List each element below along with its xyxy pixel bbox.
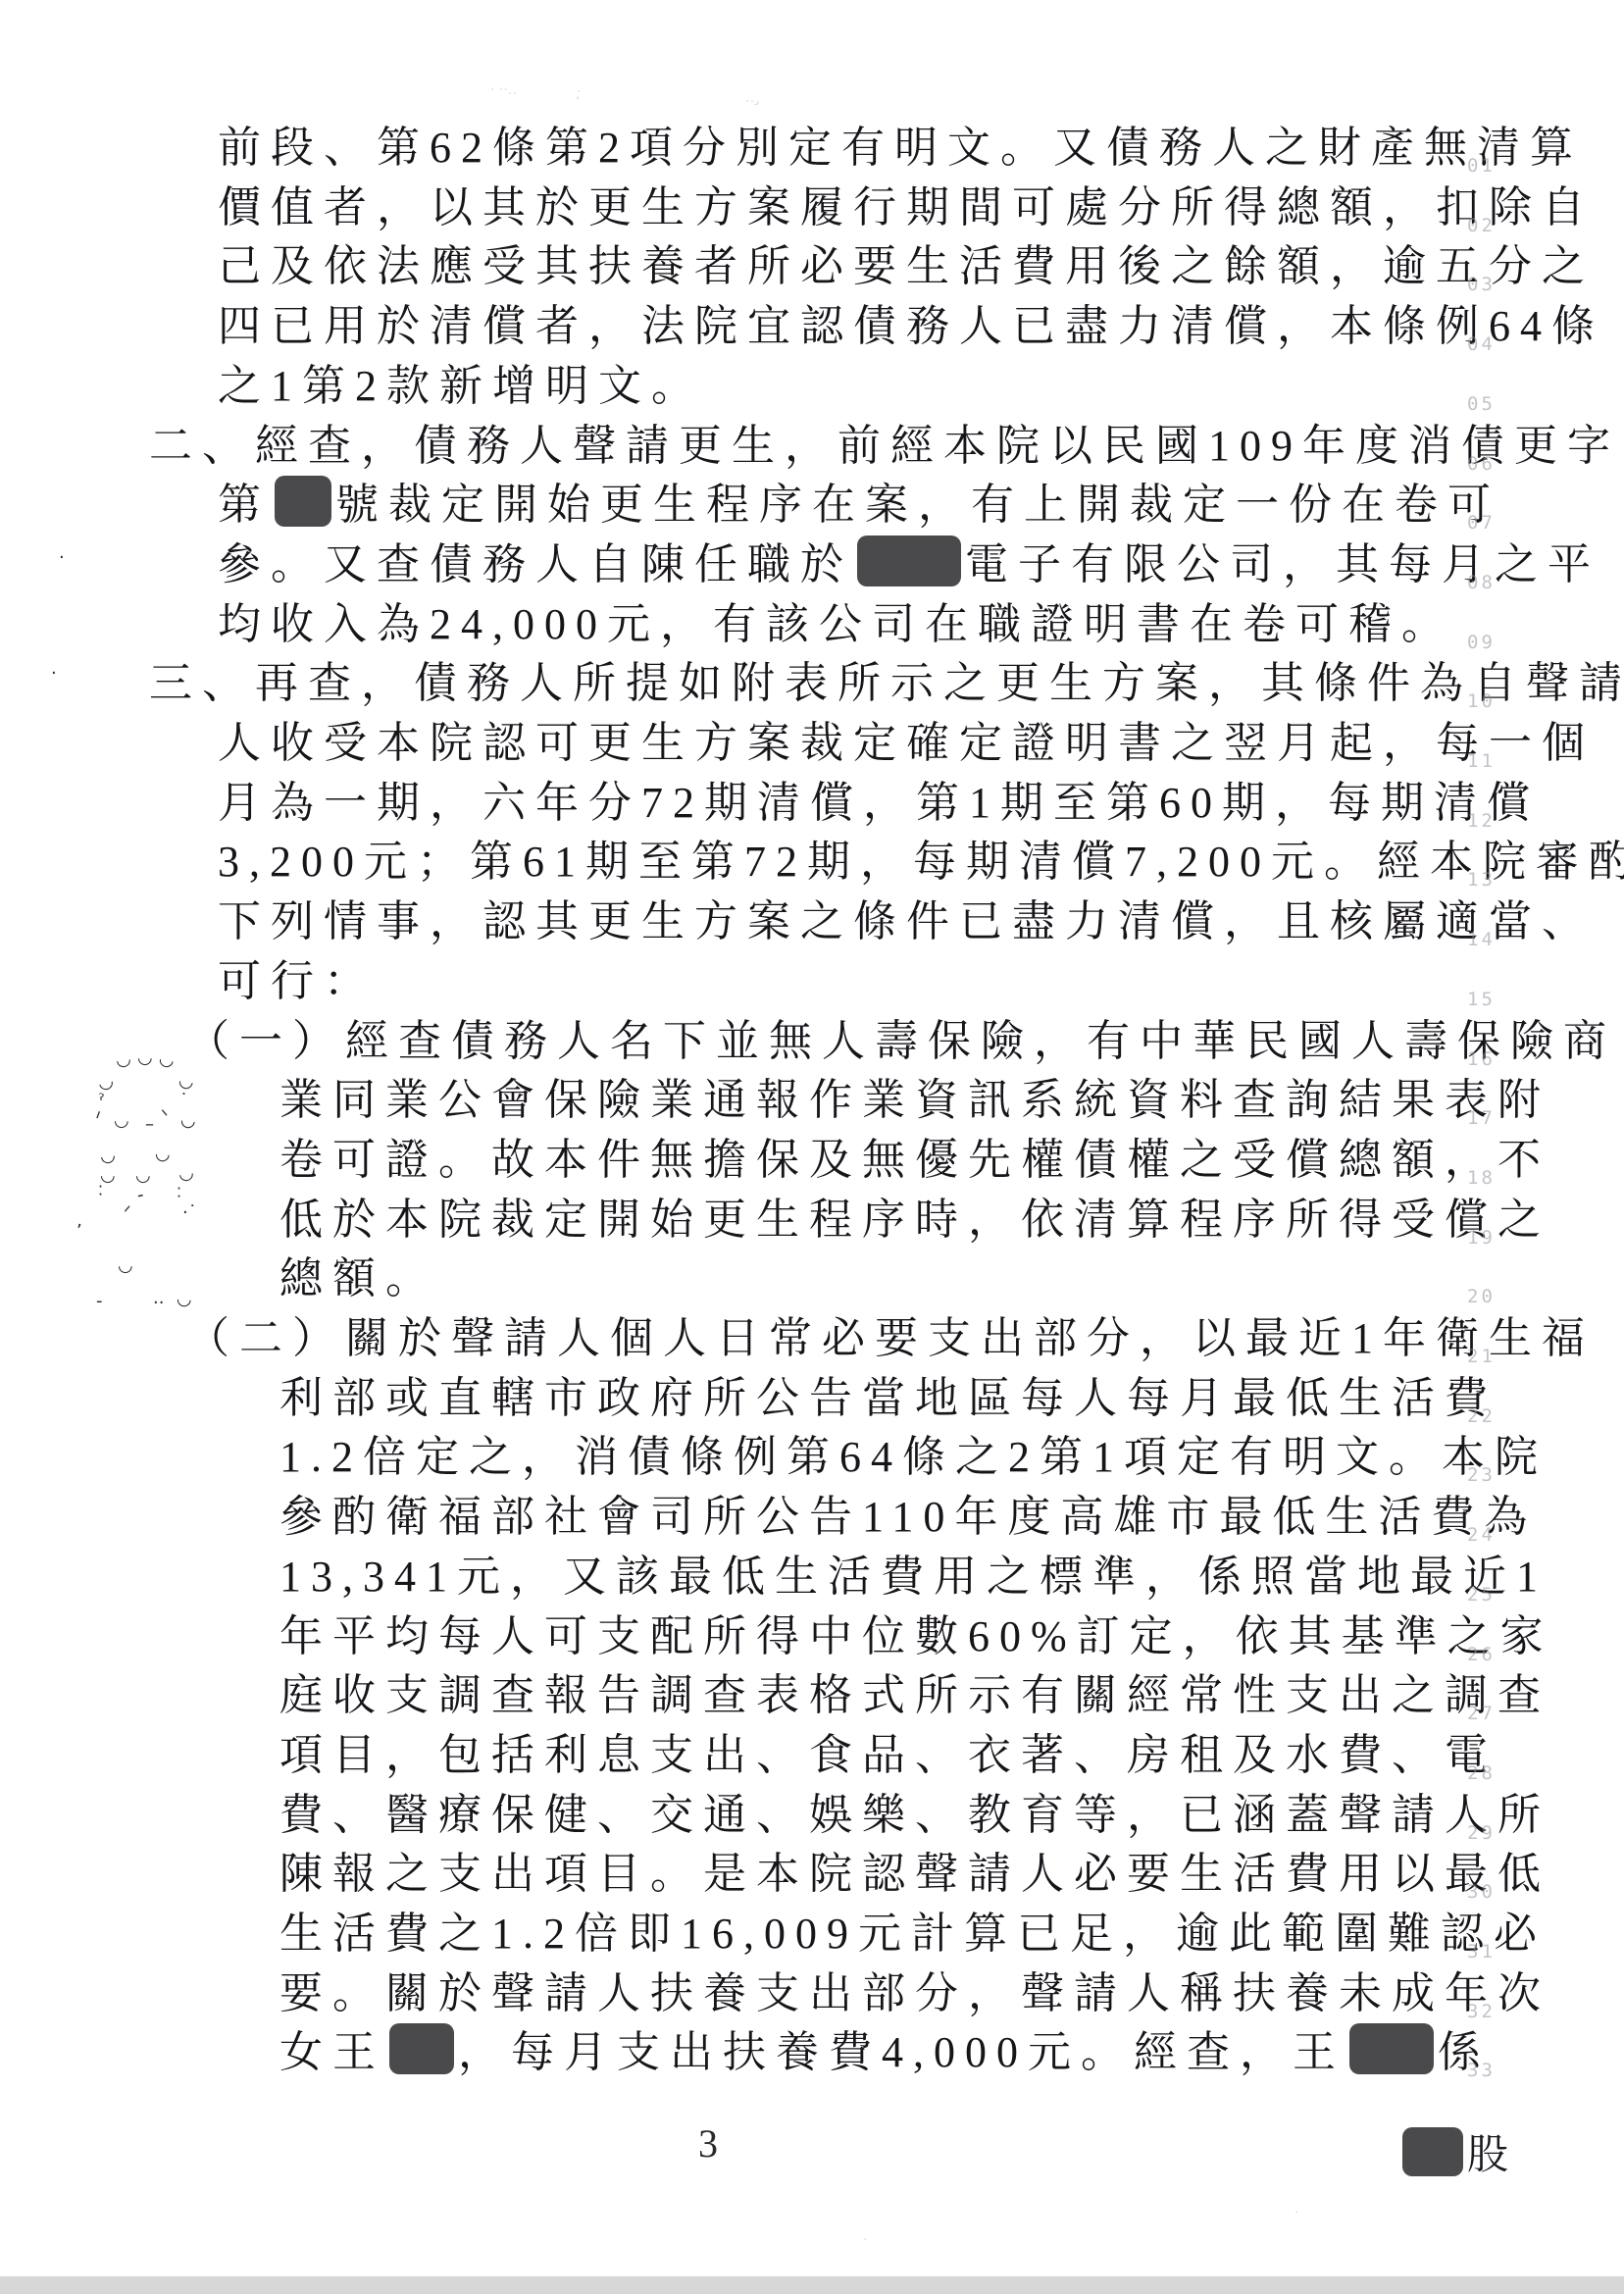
line-number: 24 [1467, 1524, 1514, 1546]
line-number: 13 [1467, 869, 1514, 891]
text-line: 13,341元，又該最低生活費用之標準，係照當地最近1 [279, 1547, 1548, 1606]
text-segment: 參。又查債務人自陳任職於 [218, 540, 853, 588]
line-number: 10 [1467, 690, 1514, 712]
line-number: 18 [1467, 1167, 1514, 1189]
scan-smudge: · [1294, 2205, 1298, 2220]
redaction-box [857, 535, 961, 586]
line-number: 23 [1467, 1464, 1514, 1486]
text-segment: 利部或直轄市政府所公告當地區每人每月最低生活費 [279, 1374, 1497, 1422]
text-line: 陳報之支出項目。是本院認聲請人必要生活費用以最低 [279, 1844, 1550, 1904]
handwritten-mark: · [59, 549, 65, 567]
text-segment: 價值者，以其於更生方案履行期間可處分所得總額，扣除自 [218, 183, 1595, 231]
text-line: 卷可證。故本件無擔保及無優先權債權之受償總額，不 [279, 1130, 1550, 1190]
line-number: 28 [1467, 1762, 1514, 1784]
line-number: 16 [1467, 1048, 1514, 1070]
text-segment: 第 [218, 481, 271, 529]
handwritten-mark: – [145, 1116, 154, 1134]
text-segment: （一）經查債務人名下並無人壽保險，有中華民國人壽保險商 [186, 1017, 1616, 1065]
handwritten-mark: ◡ [118, 1257, 133, 1275]
line-number: 05 [1467, 393, 1514, 415]
scan-smudge: · [863, 2232, 867, 2248]
line-number: 15 [1467, 989, 1514, 1010]
handwritten-mark: ᐠ [161, 1108, 169, 1126]
line-number: 06 [1467, 453, 1514, 475]
line-number: 20 [1467, 1286, 1514, 1307]
text-segment: 女王 [279, 2028, 385, 2076]
scanned-court-document-page: 前段、第62條第2項分別定有明文。又債務人之財產無清算價值者，以其於更生方案履行… [0, 0, 1624, 2294]
text-line: 第號裁定開始更生程序在案，有上開裁定一份在卷可 [218, 475, 1500, 535]
line-number: 30 [1467, 1881, 1514, 1903]
text-segment: 前段、第62條第2項分別定有明文。又債務人之財產無清算 [218, 124, 1583, 172]
line-number: 33 [1467, 2060, 1514, 2081]
text-line: 低於本院裁定開始更生程序時，依清算程序所得受償之 [279, 1190, 1550, 1249]
text-segment: 業同業公會保險業通報作業資訊系統資料查詢結果表附 [279, 1076, 1550, 1124]
handwritten-mark: ◡ [158, 1050, 177, 1070]
text-segment: 低於本院裁定開始更生程序時，依清算程序所得受償之 [279, 1196, 1550, 1244]
handwritten-mark: ᐟ [93, 1109, 106, 1129]
text-segment: 13,341元，又該最低生活費用之標準，係照當地最近1 [279, 1553, 1548, 1601]
text-segment: 之1第2款新增明文。 [218, 362, 704, 410]
scan-smudge: ‥ ̡ [745, 90, 759, 106]
text-segment: 可行： [218, 957, 377, 1005]
line-number: 31 [1467, 1941, 1514, 1963]
text-line: 均收入為24,000元，有該公司在職證明書在卷可稽。 [218, 594, 1454, 654]
line-number: 09 [1467, 632, 1514, 653]
line-number: 17 [1467, 1107, 1514, 1129]
text-segment: 四已用於清償者，法院宜認債務人已盡力清償，本條例64條 [218, 302, 1604, 350]
text-segment: 二、經查，債務人聲請更生，前經本院以民國109年度消債更字 [149, 422, 1620, 470]
handwritten-mark: ◡ [137, 1049, 153, 1067]
scan-smudge: · ··‥ [490, 82, 517, 98]
text-line: 總額。 [279, 1249, 438, 1308]
line-number: 25 [1467, 1584, 1514, 1606]
text-segment: 人收受本院認可更生方案裁定確定證明書之翌月起，每一個 [218, 719, 1595, 767]
text-segment: 要。關於聲請人扶養支出部分，聲請人稱扶養未成年次 [279, 1969, 1550, 2017]
text-line: 年平均每人可支配所得中位數60%訂定，依其基準之家 [279, 1606, 1553, 1666]
line-number: 02 [1467, 215, 1514, 236]
line-number: 22 [1467, 1405, 1514, 1427]
line-number: 14 [1467, 929, 1514, 950]
text-line: 四已用於清償者，法院宜認債務人已盡力清償，本條例64條 [218, 296, 1604, 356]
text-line: 參酌衛福部社會司所公告110年度高雄市最低生活費為 [279, 1487, 1537, 1547]
handwritten-mark: ◡ [99, 1147, 117, 1166]
text-segment: 項目，包括利息支出、食品、衣著、房租及水費、電 [279, 1731, 1497, 1779]
line-number: 21 [1467, 1346, 1514, 1367]
text-segment: 費、醫療保健、交通、娛樂、教育等，已涵蓋聲請人所 [279, 1791, 1550, 1839]
text-line: 項目，包括利息支出、食品、衣著、房租及水費、電 [279, 1725, 1497, 1785]
text-segment: 陳報之支出項目。是本院認聲請人必要生活費用以最低 [279, 1850, 1550, 1898]
handwritten-mark: ◡ [178, 1164, 195, 1184]
redaction-box [1349, 2023, 1434, 2074]
handwritten-mark: ·· [153, 1295, 164, 1312]
text-segment: 1.2倍定之，消債條例第64條之2第1項定有明文。本院 [279, 1433, 1548, 1481]
handwritten-mark: ◡ [114, 1112, 129, 1130]
text-line: 3,200元；第61期至第72期，每期清償7,200元。經本院審酌 [218, 832, 1624, 892]
text-segment: 號裁定開始更生程序在案，有上開裁定一份在卷可 [335, 481, 1500, 529]
line-number: 11 [1467, 750, 1514, 772]
text-segment: 生活費之1.2倍即16,009元計算已足，逾此範圍難認必 [279, 1910, 1547, 1958]
line-number: 07 [1467, 512, 1514, 534]
handwritten-mark: ◡ [176, 1290, 192, 1308]
text-segment: 均收入為24,000元，有該公司在職證明書在卷可稽。 [218, 600, 1454, 648]
text-line: 二、經查，債務人聲請更生，前經本院以民國109年度消債更字 [149, 416, 1620, 476]
text-segment: ，每月支出扶養費4,000元。經查，王 [458, 2028, 1345, 2076]
text-line: （一）經查債務人名下並無人壽保險，有中華民國人壽保險商 [186, 1011, 1616, 1071]
handwritten-mark: ◡ [135, 1167, 151, 1185]
redaction-box [389, 2023, 454, 2074]
line-number: 03 [1467, 274, 1514, 295]
text-segment: 三、再查，債務人所提如附表所示之更生方案，其條件為自聲請 [149, 659, 1624, 707]
scan-smudge: ·̟ [577, 84, 581, 100]
text-line: 月為一期，六年分72期清償，第1期至第60期，每期清償 [218, 773, 1540, 833]
text-segment: 己及依法應受其扶養者所必要生活費用後之餘額，逾五分之 [218, 242, 1595, 290]
text-segment: 3,200元；第61期至第72期，每期清償7,200元。經本院審酌 [218, 838, 1624, 886]
text-segment: 年平均每人可支配所得中位數60%訂定，依其基準之家 [279, 1612, 1553, 1660]
text-line: 之1第2款新增明文。 [218, 356, 704, 416]
text-line: 人收受本院認可更生方案裁定確定證明書之翌月起，每一個 [218, 713, 1595, 773]
line-number: 12 [1467, 810, 1514, 832]
handwritten-mark: ʼ [76, 1223, 82, 1241]
redaction-box [1402, 2127, 1463, 2176]
line-number: 26 [1467, 1644, 1514, 1665]
text-segment: 總額。 [279, 1254, 438, 1302]
text-line: 1.2倍定之，消債條例第64條之2第1項定有明文。本院 [279, 1427, 1548, 1487]
line-number: 32 [1467, 2001, 1514, 2022]
text-line: 可行： [218, 951, 377, 1011]
line-number: 29 [1467, 1822, 1514, 1844]
line-number: 19 [1467, 1227, 1514, 1249]
text-line: 生活費之1.2倍即16,009元計算已足，逾此範圍難認必 [279, 1904, 1547, 1963]
clerk-section-label: 股 [1467, 2122, 1508, 2181]
text-line: 女王，每月支出扶養費4,000元。經查，王係 [279, 2022, 1491, 2082]
text-segment: 下列情事，認其更生方案之條件已盡力清償，且核屬適當、 [218, 897, 1595, 945]
text-line: 三、再查，債務人所提如附表所示之更生方案，其條件為自聲請 [149, 653, 1624, 713]
handwritten-mark: ·˙ [182, 1204, 197, 1222]
text-line: 要。關於聲請人扶養支出部分，聲請人稱扶養未成年次 [279, 1963, 1550, 2023]
text-segment: 參酌衛福部社會司所公告110年度高雄市最低生活費為 [279, 1493, 1537, 1541]
line-number: 04 [1467, 333, 1514, 355]
text-line: 業同業公會保險業通報作業資訊系統資料查詢結果表附 [279, 1070, 1550, 1130]
redaction-box [275, 476, 331, 527]
line-number: 27 [1467, 1703, 1514, 1724]
handwritten-mark: ◡ [115, 1050, 132, 1070]
handwritten-mark: ◡ [178, 1072, 195, 1092]
text-segment: 庭收支調查報告調查表格式所示有關經常性支出之調查 [279, 1671, 1550, 1719]
text-segment: （二）關於聲請人個人日常必要支出部分，以最近1年衛生福 [186, 1314, 1595, 1362]
handwritten-mark: ˸ [98, 1185, 103, 1202]
text-line: （二）關於聲請人個人日常必要支出部分，以最近1年衛生福 [186, 1308, 1595, 1368]
text-segment: 卷可證。故本件無擔保及無優先權債權之受償總額，不 [279, 1136, 1550, 1184]
handwritten-mark: ˙ [179, 1093, 188, 1110]
text-segment: 月為一期，六年分72期清償，第1期至第60期，每期清償 [218, 779, 1540, 827]
handwritten-mark: ‐ [135, 1187, 145, 1205]
handwritten-mark: · [51, 665, 57, 683]
handwritten-mark: ◡ [154, 1145, 171, 1163]
text-line: 參。又查債務人自陳任職於電子有限公司，其每月之平 [218, 535, 1600, 594]
line-number: 08 [1467, 572, 1514, 593]
handwritten-mark: ‐ [96, 1293, 103, 1310]
text-line: 前段、第62條第2項分別定有明文。又債務人之財產無清算 [218, 118, 1583, 178]
text-line: 己及依法應受其扶養者所必要生活費用後之餘額，逾五分之 [218, 236, 1595, 296]
text-line: 價值者，以其於更生方案履行期間可處分所得總額，扣除自 [218, 178, 1595, 237]
page-number: 3 [698, 2120, 718, 2167]
handwritten-mark: ˸ [177, 1187, 181, 1204]
handwritten-mark: ᐟ [124, 1204, 131, 1222]
text-line: 庭收支調查報告調查表格式所示有關經常性支出之調查 [279, 1665, 1550, 1725]
line-number: 01 [1467, 155, 1514, 177]
scan-edge-strip [0, 2276, 1624, 2294]
text-line: 費、醫療保健、交通、娛樂、教育等，已涵蓋聲請人所 [279, 1785, 1550, 1845]
clerk-section-stamp: 股 [1398, 2122, 1508, 2181]
handwritten-mark: ◡ [179, 1111, 197, 1131]
text-line: 下列情事，認其更生方案之條件已盡力清償，且核屬適當、 [218, 892, 1595, 951]
text-line: 利部或直轄市政府所公告當地區每人每月最低生活費 [279, 1368, 1497, 1428]
